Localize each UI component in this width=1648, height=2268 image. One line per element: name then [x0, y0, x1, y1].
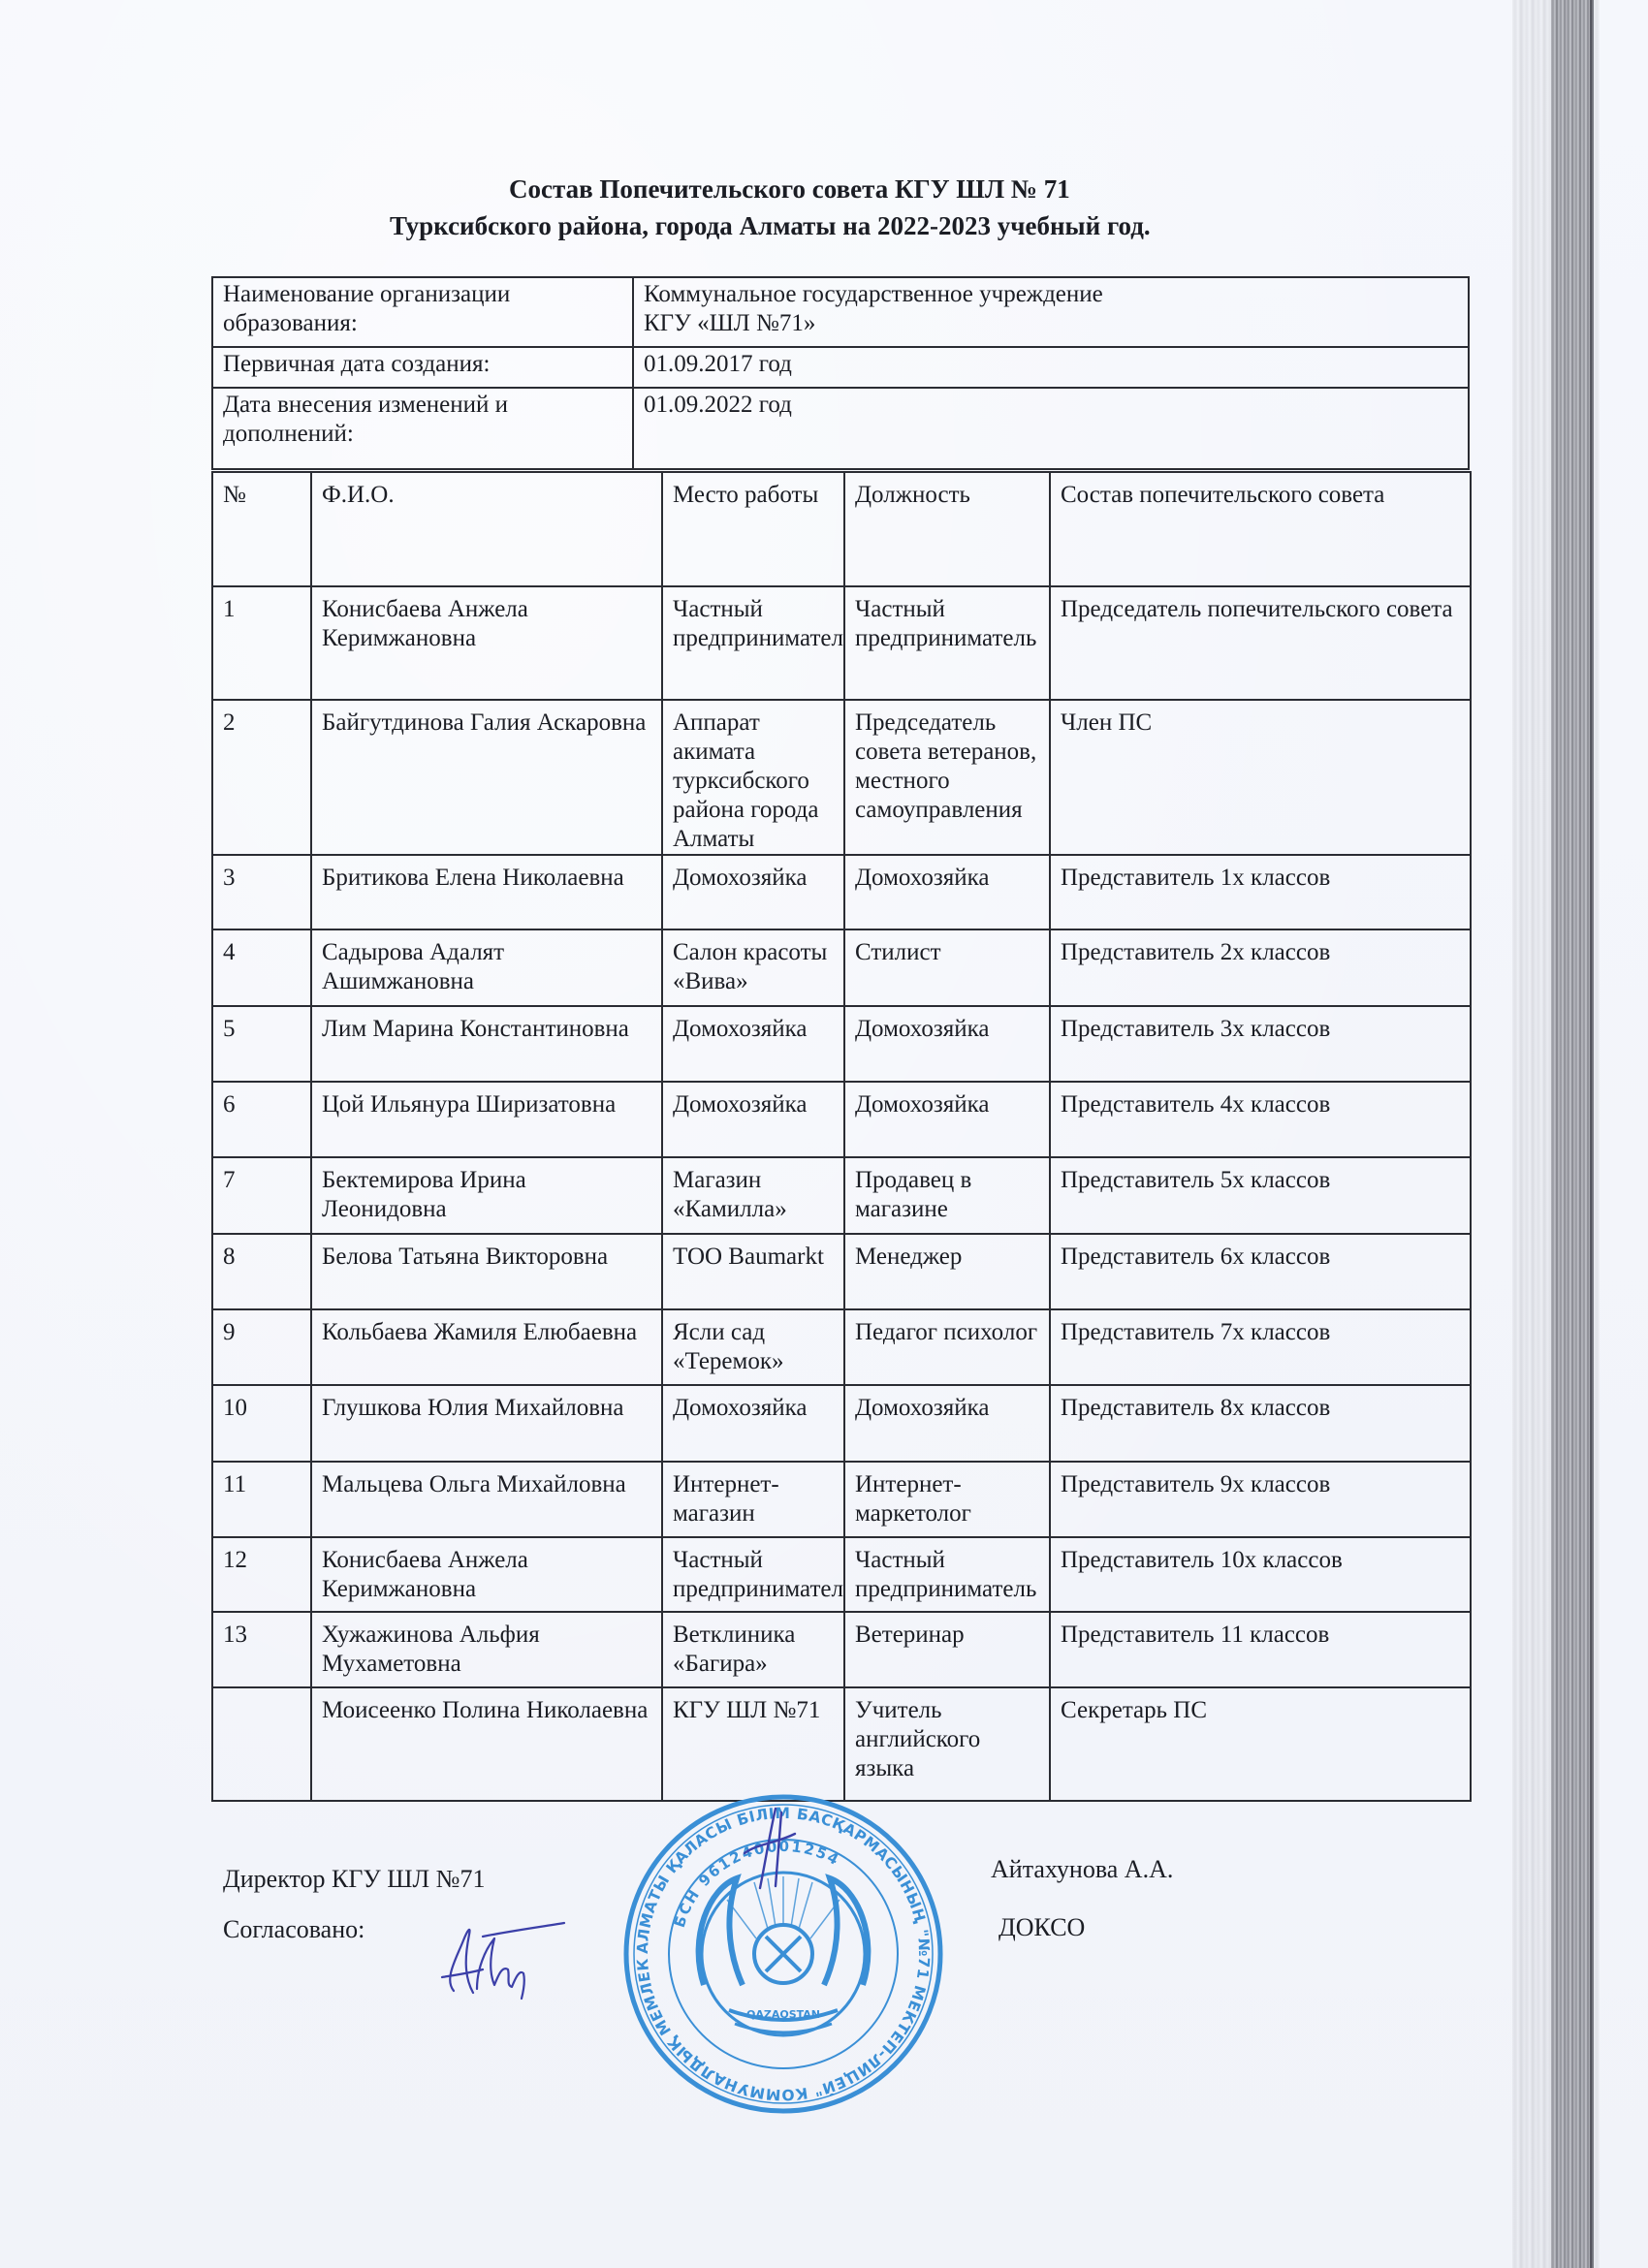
cell-council-role: Председатель попечительского совета	[1050, 586, 1471, 700]
header-full-name: Ф.И.О.	[311, 472, 662, 586]
cell-council-role: Представитель 10х классов	[1050, 1537, 1471, 1612]
cell-workplace: Домохозяйка	[662, 1385, 844, 1462]
info-value-line: КГУ «ШЛ №71»	[644, 309, 1458, 338]
table-row: 2Байгутдинова Галия АскаровнаАппарат аки…	[212, 700, 1471, 855]
cell-position: Стилист	[844, 929, 1050, 1006]
cell-number: 3	[212, 855, 311, 929]
header-position: Должность	[844, 472, 1050, 586]
cell-council-role: Представитель 2х классов	[1050, 929, 1471, 1006]
cell-number	[212, 1687, 311, 1801]
cell-position: Домохозяйка	[844, 1082, 1050, 1157]
table-row: 7Бектемирова Ирина ЛеонидовнаМагазин «Ка…	[212, 1157, 1471, 1234]
cell-number: 8	[212, 1234, 311, 1309]
cell-council-role: Представитель 4х классов	[1050, 1082, 1471, 1157]
cell-workplace: Частный предприниматель	[662, 586, 844, 700]
cell-workplace: Домохозяйка	[662, 1082, 844, 1157]
cell-workplace: Салон красоты «Вива»	[662, 929, 844, 1006]
cell-council-role: Представитель 5х классов	[1050, 1157, 1471, 1234]
cell-number: 6	[212, 1082, 311, 1157]
cell-position: Председатель совета ветеранов, местного …	[844, 700, 1050, 855]
cell-position: Педагог психолог	[844, 1309, 1050, 1385]
cell-position: Ветеринар	[844, 1612, 1050, 1687]
cell-position: Домохозяйка	[844, 1385, 1050, 1462]
document-title: Состав Попечительского совета КГУ ШЛ № 7…	[509, 174, 1648, 205]
info-label: Дата внесения изменений и дополнений:	[212, 388, 633, 469]
cell-workplace: Ясли сад «Теремок»	[662, 1309, 844, 1385]
cell-number: 4	[212, 929, 311, 1006]
info-row: Наименование организации образования: Ко…	[212, 277, 1469, 347]
info-label: Наименование организации образования:	[212, 277, 633, 347]
info-value: 01.09.2017 год	[633, 347, 1469, 388]
cell-workplace: Интернет-магазин	[662, 1462, 844, 1537]
cell-workplace: КГУ ШЛ №71	[662, 1687, 844, 1801]
cell-position: Домохозяйка	[844, 1006, 1050, 1082]
header-workplace: Место работы	[662, 472, 844, 586]
cell-full-name: Байгутдинова Галия Аскаровна	[311, 700, 662, 855]
cell-position: Учитель английского языка	[844, 1687, 1050, 1801]
info-row: Первичная дата создания: 01.09.2017 год	[212, 347, 1469, 388]
cell-council-role: Представитель 7х классов	[1050, 1309, 1471, 1385]
table-row: 13Хужажинова Альфия МухаметовнаВетклиник…	[212, 1612, 1471, 1687]
stamp-signature	[737, 1805, 805, 1892]
table-row: 4Садырова Адалят АшимжановнаСалон красот…	[212, 929, 1471, 1006]
cell-council-role: Член ПС	[1050, 700, 1471, 855]
members-table: № Ф.И.О. Место работы Должность Состав п…	[211, 471, 1472, 1802]
info-value: Коммунальное государственное учреждение …	[633, 277, 1469, 347]
info-row: Дата внесения изменений и дополнений: 01…	[212, 388, 1469, 469]
scan-artifact-edge	[1590, 0, 1594, 2268]
organization-info-table: Наименование организации образования: Ко…	[211, 276, 1470, 470]
table-row: 5Лим Марина КонстантиновнаДомохозяйкаДом…	[212, 1006, 1471, 1082]
cell-number: 9	[212, 1309, 311, 1385]
agreed-label: Согласовано:	[223, 1915, 364, 1944]
cell-council-role: Представитель 6х классов	[1050, 1234, 1471, 1309]
table-row: 9Кольбаева Жамиля ЕлюбаевнаЯсли сад «Тер…	[212, 1309, 1471, 1385]
cell-workplace: Ветклиника «Багира»	[662, 1612, 844, 1687]
table-row: 6Цой Ильянура ШиризатовнаДомохозяйкаДомо…	[212, 1082, 1471, 1157]
cell-full-name: Цой Ильянура Ширизатовна	[311, 1082, 662, 1157]
agreed-org: ДОКСО	[998, 1913, 1085, 1942]
cell-full-name: Глушкова Юлия Михайловна	[311, 1385, 662, 1462]
cell-workplace: Аппарат акимата турксибского района горо…	[662, 700, 844, 855]
svg-text:QAZAQSTAN: QAZAQSTAN	[746, 2008, 820, 2021]
cell-full-name: Хужажинова Альфия Мухаметовна	[311, 1612, 662, 1687]
cell-position: Частный предприниматель	[844, 586, 1050, 700]
info-value: 01.09.2022 год	[633, 388, 1469, 469]
cell-council-role: Секретарь ПС	[1050, 1687, 1471, 1801]
table-header-row: № Ф.И.О. Место работы Должность Состав п…	[212, 472, 1471, 586]
cell-number: 7	[212, 1157, 311, 1234]
cell-workplace: ТОО Baumarkt	[662, 1234, 844, 1309]
cell-council-role: Представитель 1х классов	[1050, 855, 1471, 929]
cell-position: Интернет-маркетолог	[844, 1462, 1050, 1537]
cell-workplace: Домохозяйка	[662, 1006, 844, 1082]
cell-full-name: Садырова Адалят Ашимжановна	[311, 929, 662, 1006]
info-value-line: Коммунальное государственное учреждение	[644, 280, 1458, 309]
cell-full-name: Моисеенко Полина Николаевна	[311, 1687, 662, 1801]
table-row: 12Конисбаева Анжела КеримжановнаЧастный …	[212, 1537, 1471, 1612]
header-number: №	[212, 472, 311, 586]
cell-council-role: Представитель 8х классов	[1050, 1385, 1471, 1462]
director-name: Айтахунова А.А.	[991, 1855, 1173, 1884]
document-subtitle: Турксибского района, города Алматы на 20…	[390, 211, 1648, 241]
cell-number: 2	[212, 700, 311, 855]
cell-number: 10	[212, 1385, 311, 1462]
cell-number: 13	[212, 1612, 311, 1687]
cell-number: 5	[212, 1006, 311, 1082]
cell-position: Менеджер	[844, 1234, 1050, 1309]
cell-position: Частный предприниматель	[844, 1537, 1050, 1612]
cell-full-name: Кольбаева Жамиля Елюбаевна	[311, 1309, 662, 1385]
cell-position: Домохозяйка	[844, 855, 1050, 929]
table-row: 1Конисбаева Анжела КеримжановнаЧастный п…	[212, 586, 1471, 700]
cell-full-name: Белова Татьяна Викторовна	[311, 1234, 662, 1309]
cell-number: 12	[212, 1537, 311, 1612]
director-label: Директор КГУ ШЛ №71	[223, 1865, 485, 1894]
table-row: 10Глушкова Юлия МихайловнаДомохозяйкаДом…	[212, 1385, 1471, 1462]
cell-workplace: Частный предприниматель	[662, 1537, 844, 1612]
table-row: 3Бритикова Елена НиколаевнаДомохозяйкаДо…	[212, 855, 1471, 929]
cell-position: Продавец в магазине	[844, 1157, 1050, 1234]
cell-full-name: Конисбаева Анжела Керимжановна	[311, 586, 662, 700]
table-row: 11Мальцева Ольга МихайловнаИнтернет-мага…	[212, 1462, 1471, 1537]
handwritten-signature	[434, 1921, 570, 2000]
cell-full-name: Конисбаева Анжела Керимжановна	[311, 1537, 662, 1612]
table-row: Моисеенко Полина НиколаевнаКГУ ШЛ №71Учи…	[212, 1687, 1471, 1801]
cell-workplace: Магазин «Камилла»	[662, 1157, 844, 1234]
cell-council-role: Представитель 11 классов	[1050, 1612, 1471, 1687]
cell-full-name: Бектемирова Ирина Леонидовна	[311, 1157, 662, 1234]
cell-council-role: Представитель 3х классов	[1050, 1006, 1471, 1082]
cell-full-name: Мальцева Ольга Михайловна	[311, 1462, 662, 1537]
header-council-role: Состав попечительского совета	[1050, 472, 1471, 586]
cell-number: 11	[212, 1462, 311, 1537]
cell-council-role: Представитель 9х классов	[1050, 1462, 1471, 1537]
scan-artifact-band	[1512, 0, 1600, 2268]
cell-full-name: Бритикова Елена Николаевна	[311, 855, 662, 929]
table-row: 8Белова Татьяна ВикторовнаТОО BaumarktМе…	[212, 1234, 1471, 1309]
cell-number: 1	[212, 586, 311, 700]
cell-full-name: Лим Марина Константиновна	[311, 1006, 662, 1082]
info-label: Первичная дата создания:	[212, 347, 633, 388]
cell-workplace: Домохозяйка	[662, 855, 844, 929]
